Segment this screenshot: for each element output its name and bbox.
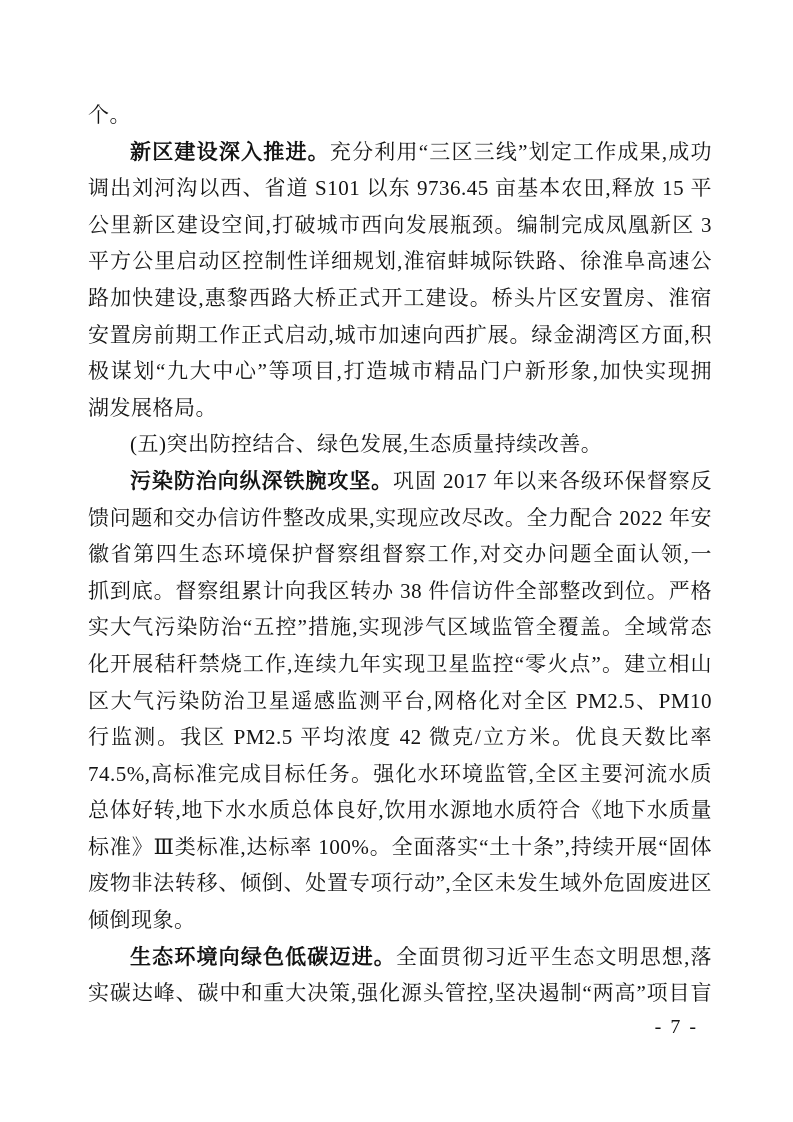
text-line: 倾倒现象。 bbox=[88, 902, 712, 939]
document-body: 个。新区建设深入推进。充分利用“三区三线”划定工作成果,成功调出刘河沟以西、省道… bbox=[88, 97, 712, 1012]
section-heading-line: (五)突出防控结合、绿色发展,生态质量持续改善。 bbox=[88, 426, 712, 463]
line-text: 调出刘河沟以西、省道 S101 以东 9736.45 亩基本农田,释放 15 平… bbox=[88, 176, 712, 207]
text-line: 区大气污染防治卫星遥感监测平台,网格化对全区 PM2.5、PM10 进 bbox=[88, 683, 712, 720]
line-text: 标准》Ⅲ类标准,达标率 100%。全面落实“土十条”,持续开展“固体 bbox=[88, 835, 712, 859]
line-text: (五)突出防控结合、绿色发展,生态质量持续改善。 bbox=[130, 432, 602, 456]
line-text: 路加快建设,惠黎西路大桥正式开工建设。桥头片区安置房、淮宿蚌 bbox=[88, 286, 712, 317]
text-line: 总体好转,地下水水质总体良好,饮用水源地水质符合《地下水质量 bbox=[88, 792, 712, 829]
line-text: 倾倒现象。 bbox=[88, 908, 196, 932]
text-line: 个。 bbox=[88, 97, 712, 134]
text-line: 公里新区建设空间,打破城市西向发展瓶颈。编制完成凤凰新区 3 bbox=[88, 207, 712, 244]
line-text: 行监测。我区 PM2.5 平均浓度 42 微克/立方米。优良天数比率 bbox=[88, 725, 712, 749]
paragraph-lead-line: 污染防治向纵深铁腕攻坚。巩固 2017 年以来各级环保督察反 bbox=[88, 463, 712, 500]
line-text: 公里新区建设空间,打破城市西向发展瓶颈。编制完成凤凰新区 3 bbox=[88, 213, 712, 237]
line-text: 74.5%,高标准完成目标任务。强化水环境监管,全区主要河流水质 bbox=[88, 762, 712, 786]
line-text: 巩固 2017 年以来各级环保督察反 bbox=[393, 469, 712, 493]
line-text: 废物非法转移、倾倒、处置专项行动”,全区未发生域外危固废进区 bbox=[88, 871, 712, 895]
line-text: 化开展秸秆禁烧工作,连续九年实现卫星监控“零火点”。建立相山 bbox=[88, 652, 712, 676]
text-line: 湖发展格局。 bbox=[88, 390, 712, 427]
paragraph-lead-bold: 生态环境向绿色低碳迈进。 bbox=[130, 945, 396, 969]
text-line: 行监测。我区 PM2.5 平均浓度 42 微克/立方米。优良天数比率 bbox=[88, 719, 712, 756]
line-text: 徽省第四生态环境保护督察组督察工作,对交办问题全面认领,一 bbox=[88, 542, 712, 566]
text-line: 馈问题和交办信访件整改成果,实现应改尽改。全力配合 2022 年安 bbox=[88, 500, 712, 537]
line-text: 区大气污染防治卫星遥感监测平台,网格化对全区 PM2.5、PM10 进 bbox=[88, 689, 712, 720]
text-line: 平方公里启动区控制性详细规划,淮宿蚌城际铁路、徐淮阜高速公 bbox=[88, 243, 712, 280]
paragraph-lead-line: 生态环境向绿色低碳迈进。全面贯彻习近平生态文明思想,落 bbox=[88, 939, 712, 976]
text-line: 路加快建设,惠黎西路大桥正式开工建设。桥头片区安置房、淮宿蚌 bbox=[88, 280, 712, 317]
line-text: 抓到底。督察组累计向我区转办 38 件信访件全部整改到位。严格落 bbox=[88, 579, 712, 610]
line-text: 全面贯彻习近平生态文明思想,落 bbox=[396, 945, 712, 969]
line-text: 实大气污染防治“五控”措施,实现涉气区域监管全覆盖。全域常态 bbox=[88, 615, 712, 639]
text-line: 徽省第四生态环境保护督察组督察工作,对交办问题全面认领,一 bbox=[88, 536, 712, 573]
paragraph-lead-line: 新区建设深入推进。充分利用“三区三线”划定工作成果,成功 bbox=[88, 134, 712, 171]
line-text: 馈问题和交办信访件整改成果,实现应改尽改。全力配合 2022 年安 bbox=[88, 506, 712, 530]
text-line: 抓到底。督察组累计向我区转办 38 件信访件全部整改到位。严格落 bbox=[88, 573, 712, 610]
text-line: 实碳达峰、碳中和重大决策,强化源头管控,坚决遏制“两高”项目盲 bbox=[88, 975, 712, 1012]
line-text: 充分利用“三区三线”划定工作成果,成功 bbox=[330, 140, 712, 164]
text-line: 废物非法转移、倾倒、处置专项行动”,全区未发生域外危固废进区 bbox=[88, 865, 712, 902]
text-line: 极谋划“九大中心”等项目,打造城市精品门户新形象,加快实现拥 bbox=[88, 353, 712, 390]
text-line: 安置房前期工作正式启动,城市加速向西扩展。绿金湖湾区方面,积 bbox=[88, 317, 712, 354]
line-text: 安置房前期工作正式启动,城市加速向西扩展。绿金湖湾区方面,积 bbox=[88, 323, 712, 347]
line-text: 个。 bbox=[88, 103, 131, 127]
text-line: 标准》Ⅲ类标准,达标率 100%。全面落实“土十条”,持续开展“固体 bbox=[88, 829, 712, 866]
text-line: 74.5%,高标准完成目标任务。强化水环境监管,全区主要河流水质 bbox=[88, 756, 712, 793]
line-text: 极谋划“九大中心”等项目,打造城市精品门户新形象,加快实现拥 bbox=[88, 359, 712, 383]
line-text: 总体好转,地下水水质总体良好,饮用水源地水质符合《地下水质量 bbox=[88, 798, 712, 822]
line-text: 实碳达峰、碳中和重大决策,强化源头管控,坚决遏制“两高”项目盲 bbox=[88, 981, 712, 1005]
paragraph-lead-bold: 新区建设深入推进。 bbox=[130, 140, 330, 164]
page-number: - 7 - bbox=[88, 1012, 712, 1042]
line-text: 平方公里启动区控制性详细规划,淮宿蚌城际铁路、徐淮阜高速公 bbox=[88, 249, 712, 273]
document-page: 个。新区建设深入推进。充分利用“三区三线”划定工作成果,成功调出刘河沟以西、省道… bbox=[0, 0, 793, 1122]
text-line: 化开展秸秆禁烧工作,连续九年实现卫星监控“零火点”。建立相山 bbox=[88, 646, 712, 683]
paragraph-lead-bold: 污染防治向纵深铁腕攻坚。 bbox=[130, 469, 393, 493]
text-line: 调出刘河沟以西、省道 S101 以东 9736.45 亩基本农田,释放 15 平… bbox=[88, 170, 712, 207]
line-text: 湖发展格局。 bbox=[88, 396, 217, 420]
text-line: 实大气污染防治“五控”措施,实现涉气区域监管全覆盖。全域常态 bbox=[88, 609, 712, 646]
